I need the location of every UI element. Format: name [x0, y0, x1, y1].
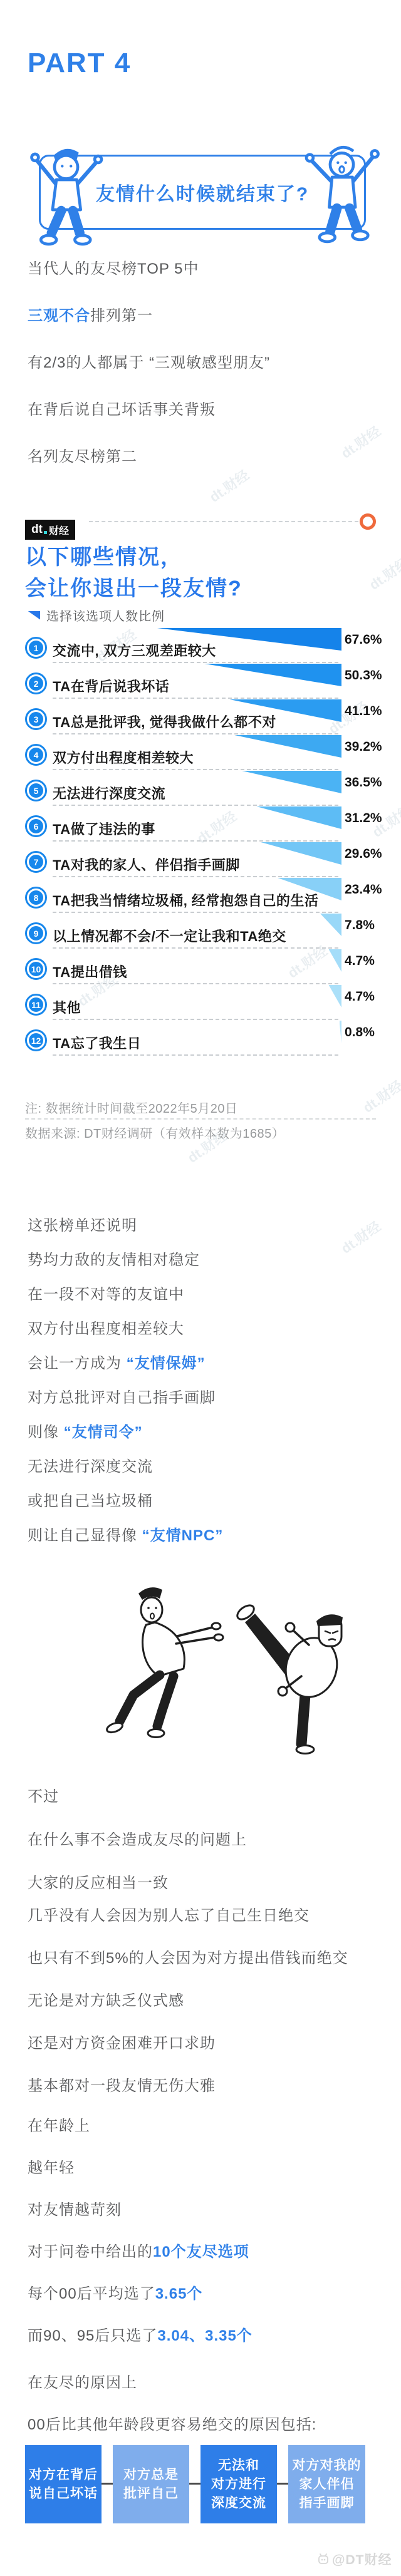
- box-connector: [277, 2483, 288, 2485]
- diagonal-watermark: dt.财经: [359, 1075, 401, 1116]
- bar-wedge: [204, 664, 341, 686]
- bar-value: 23.4%: [345, 882, 382, 897]
- analysis-line: 这张榜单还说明: [28, 1208, 223, 1243]
- box-connector: [189, 2483, 200, 2485]
- bar-label: TA总是批评我, 觉得我做什么都不对: [53, 712, 276, 731]
- reason-box: 无法和对方进行深度交流: [200, 2445, 277, 2523]
- consensus-line: 也只有不到5%的人会因为对方提出借钱而绝交: [28, 1937, 348, 1980]
- legend-wedge-icon: [28, 611, 40, 620]
- analysis-line: 则让自己显得像 “友情NPC”: [28, 1518, 223, 1553]
- chart-row: 10 TA提出借钱 4.7%: [25, 949, 388, 984]
- reason-box: 对方在背后说自己坏话: [25, 2445, 102, 2523]
- bar-wedge: [234, 735, 341, 758]
- bar-label: 以上情况都不会/不一定让我和TA绝交: [53, 926, 286, 945]
- diagonal-watermark: dt.财经: [337, 421, 385, 462]
- bar-wedge: [320, 914, 341, 936]
- consensus-line: 基本都对一段友情无伤大雅: [28, 2065, 348, 2108]
- banner-box: 友情什么时候就结束了?: [39, 155, 366, 230]
- analysis-line: 双方付出程度相差较大: [28, 1312, 223, 1346]
- rank-badge: 10: [25, 958, 47, 980]
- bar-label: TA在背后说我坏话: [53, 676, 169, 696]
- watermark-face-icon: [317, 2553, 330, 2565]
- legend-label: 选择该选项人数比例: [46, 606, 165, 624]
- intro-line: 有2/3的人都属于 “三观敏感型朋友”: [28, 339, 270, 386]
- bar-value: 31.2%: [345, 811, 382, 826]
- intro-line: 在背后说自己坏话事关背叛: [28, 386, 270, 433]
- bar-value: 29.6%: [345, 847, 382, 862]
- bar-value: 7.8%: [345, 918, 375, 933]
- bar-label: 其他: [53, 997, 81, 1017]
- note-dashed-line: [25, 1118, 376, 1120]
- analysis-line: 对方总批评对自己指手画脚: [28, 1381, 223, 1415]
- rank-badge: 11: [25, 994, 47, 1016]
- bar-value: 36.5%: [345, 775, 382, 790]
- chart-row: 2 TA在背后说我坏话 50.3%: [25, 663, 388, 699]
- chart-row: 1 交流中, 双方三观差距较大 67.6%: [25, 627, 388, 663]
- dt-finance-logo: dt财经: [25, 520, 75, 540]
- survey-bar-chart: 1 交流中, 双方三观差距较大 67.6% 2 TA在背后说我坏话 50.3% …: [25, 627, 388, 1056]
- bar-wedge: [329, 985, 341, 1007]
- rank-badge: 4: [25, 744, 47, 766]
- age-line: 对友情越苛刻: [28, 2189, 253, 2231]
- chart-note-source: 数据来源: DT财经调研（有效样本数为1685）: [25, 1123, 284, 1141]
- analysis-line: 无法进行深度交流: [28, 1450, 223, 1484]
- reaction-line: 在什么事不会造成友尽的问题上: [28, 1818, 247, 1862]
- bar-label: 交流中, 双方三观差距较大: [53, 641, 216, 660]
- rank-badge: 6: [25, 815, 47, 837]
- part-label: PART 4: [28, 48, 131, 79]
- diagonal-watermark: dt.财经: [365, 552, 401, 594]
- analysis-line: 则像 “友情司令”: [28, 1415, 223, 1450]
- bar-value: 0.8%: [345, 1025, 375, 1040]
- rank-badge: 7: [25, 851, 47, 873]
- reason-box: 对方对我的家人伴侣指手画脚: [288, 2445, 365, 2523]
- consensus-line: 无论是对方缺乏仪式感: [28, 1980, 348, 2022]
- bar-value: 4.7%: [345, 954, 375, 969]
- chart-row: 5 无法进行深度交流 36.5%: [25, 770, 388, 806]
- intro-line: 三观不合排列第一: [28, 292, 270, 339]
- bar-label: TA把我当情绪垃圾桶, 经常抱怨自己的生活: [53, 890, 318, 910]
- bar-label: TA对我的家人、伴侣指手画脚: [53, 855, 240, 874]
- chart-row: 11 其他 4.7%: [25, 984, 388, 1020]
- bar-label: TA做了违法的事: [53, 819, 155, 838]
- header-dashed-line: [89, 521, 358, 522]
- intro-paragraph: 当代人的友尽榜TOP 5中 三观不合排列第一 有2/3的人都属于 “三观敏感型朋…: [28, 245, 270, 480]
- chart-row: 8 TA把我当情绪垃圾桶, 经常抱怨自己的生活 23.4%: [25, 877, 388, 913]
- bar-value: 67.6%: [345, 632, 382, 647]
- age-line: 每个00后平均选了3.65个: [28, 2273, 253, 2315]
- reaction-line: 不过: [28, 1775, 247, 1818]
- logo-cn-text: 财经: [49, 523, 69, 537]
- chart-row: 7 TA对我的家人、伴侣指手画脚 29.6%: [25, 842, 388, 877]
- diagonal-watermark: dt.财经: [337, 1216, 385, 1257]
- rank-badge: 5: [25, 780, 47, 801]
- infographic-page: dt.财经 dt.财经 dt.财经 dt.财经 dt.财经 dt.财经 dt.财…: [0, 0, 401, 2576]
- chart-note-date: 注: 数据统计时间截至2022年5月20日: [25, 1098, 237, 1116]
- reaction-paragraph: 不过 在什么事不会造成友尽的问题上 大家的反应相当一致: [28, 1775, 247, 1905]
- rank-badge: 9: [25, 922, 47, 944]
- rank-badge: 2: [25, 672, 47, 694]
- chart-row: 9 以上情况都不会/不一定让我和TA绝交 7.8%: [25, 913, 388, 949]
- orange-ring-icon: [360, 513, 376, 530]
- chart-row: 6 TA做了违法的事 31.2%: [25, 806, 388, 842]
- consensus-paragraph: 几乎没有人会因为别人忘了自己生日绝交 也只有不到5%的人会因为对方提出借钱而绝交…: [28, 1895, 348, 2108]
- age-paragraph: 在年龄上 越年轻 对友情越苛刻 对于问卷中给出的10个友尽选项 每个00后平均选…: [28, 2105, 253, 2357]
- chart-title-line2: 会让你退出一段友情?: [25, 571, 242, 602]
- rank-badge: 12: [25, 1029, 47, 1051]
- bar-wedge: [242, 771, 341, 793]
- analysis-paragraph: 这张榜单还说明 势均力敌的友情相对稳定 在一段不对等的友谊中 双方付出程度相差较…: [28, 1208, 223, 1553]
- banner-title: 友情什么时候就结束了?: [96, 178, 309, 206]
- bar-label: TA提出借钱: [53, 962, 127, 981]
- age-line: 越年轻: [28, 2147, 253, 2189]
- reason-boxes: 对方在背后说自己坏话 对方总是批评自己 无法和对方进行深度交流 对方对我的家人伴…: [25, 2445, 376, 2523]
- bar-value: 39.2%: [345, 739, 382, 755]
- age-line: 而90、95后只选了3.04、3.35个: [28, 2315, 253, 2357]
- bar-wedge: [329, 949, 341, 972]
- chart-legend: 选择该选项人数比例: [28, 606, 165, 624]
- analysis-line: 会让一方成为 “友情保姆”: [28, 1346, 223, 1381]
- reasons-line: 在友尽的原因上: [28, 2362, 316, 2404]
- bar-value: 4.7%: [345, 989, 375, 1004]
- consensus-line: 还是对方资金困难开口求助: [28, 2022, 348, 2065]
- intro-line: 名列友尽榜第二: [28, 433, 270, 480]
- rank-badge: 1: [25, 637, 47, 659]
- analysis-line: 势均力敌的友情相对稳定: [28, 1243, 223, 1277]
- chart-row: 12 TA忘了我生日 0.8%: [25, 1020, 388, 1056]
- chart-title-line1: 以下哪些情况，: [25, 540, 183, 570]
- rank-badge: 3: [25, 708, 47, 730]
- footer-watermark: @DT财经: [317, 2550, 392, 2568]
- bar-wedge: [340, 1021, 341, 1043]
- bar-wedge: [261, 842, 341, 865]
- reasons-line: 00后比其他年龄段更容易绝交的原因包括:: [28, 2404, 316, 2446]
- footer-watermark-text: @DT财经: [332, 2550, 392, 2568]
- bar-label: 无法进行深度交流: [53, 783, 165, 803]
- bar-label: TA忘了我生日: [53, 1033, 141, 1053]
- chart-row: 3 TA总是批评我, 觉得我做什么都不对 41.1%: [25, 699, 388, 734]
- bar-wedge: [256, 806, 341, 829]
- bar-label: 双方付出程度相差较大: [53, 748, 194, 767]
- bar-value: 50.3%: [345, 668, 382, 683]
- chart-row: 4 双方付出程度相差较大 39.2%: [25, 734, 388, 770]
- age-line: 在年龄上: [28, 2105, 253, 2147]
- analysis-line: 或把自己当垃圾桶: [28, 1484, 223, 1518]
- kick-scene-illustration: [60, 1569, 348, 1769]
- bar-value: 41.1%: [345, 704, 382, 719]
- logo-dot-icon: [44, 531, 47, 534]
- analysis-line: 在一段不对等的友谊中: [28, 1277, 223, 1312]
- row-separator: [53, 1054, 338, 1056]
- consensus-line: 几乎没有人会因为别人忘了自己生日绝交: [28, 1895, 348, 1937]
- age-line: 对于问卷中给出的10个友尽选项: [28, 2231, 253, 2273]
- reasons-paragraph: 在友尽的原因上 00后比其他年龄段更容易绝交的原因包括:: [28, 2362, 316, 2446]
- rank-badge: 8: [25, 887, 47, 909]
- box-connector: [102, 2483, 113, 2485]
- reason-box: 对方总是批评自己: [113, 2445, 189, 2523]
- logo-dt-text: dt: [31, 523, 43, 537]
- intro-line: 当代人的友尽榜TOP 5中: [28, 245, 270, 292]
